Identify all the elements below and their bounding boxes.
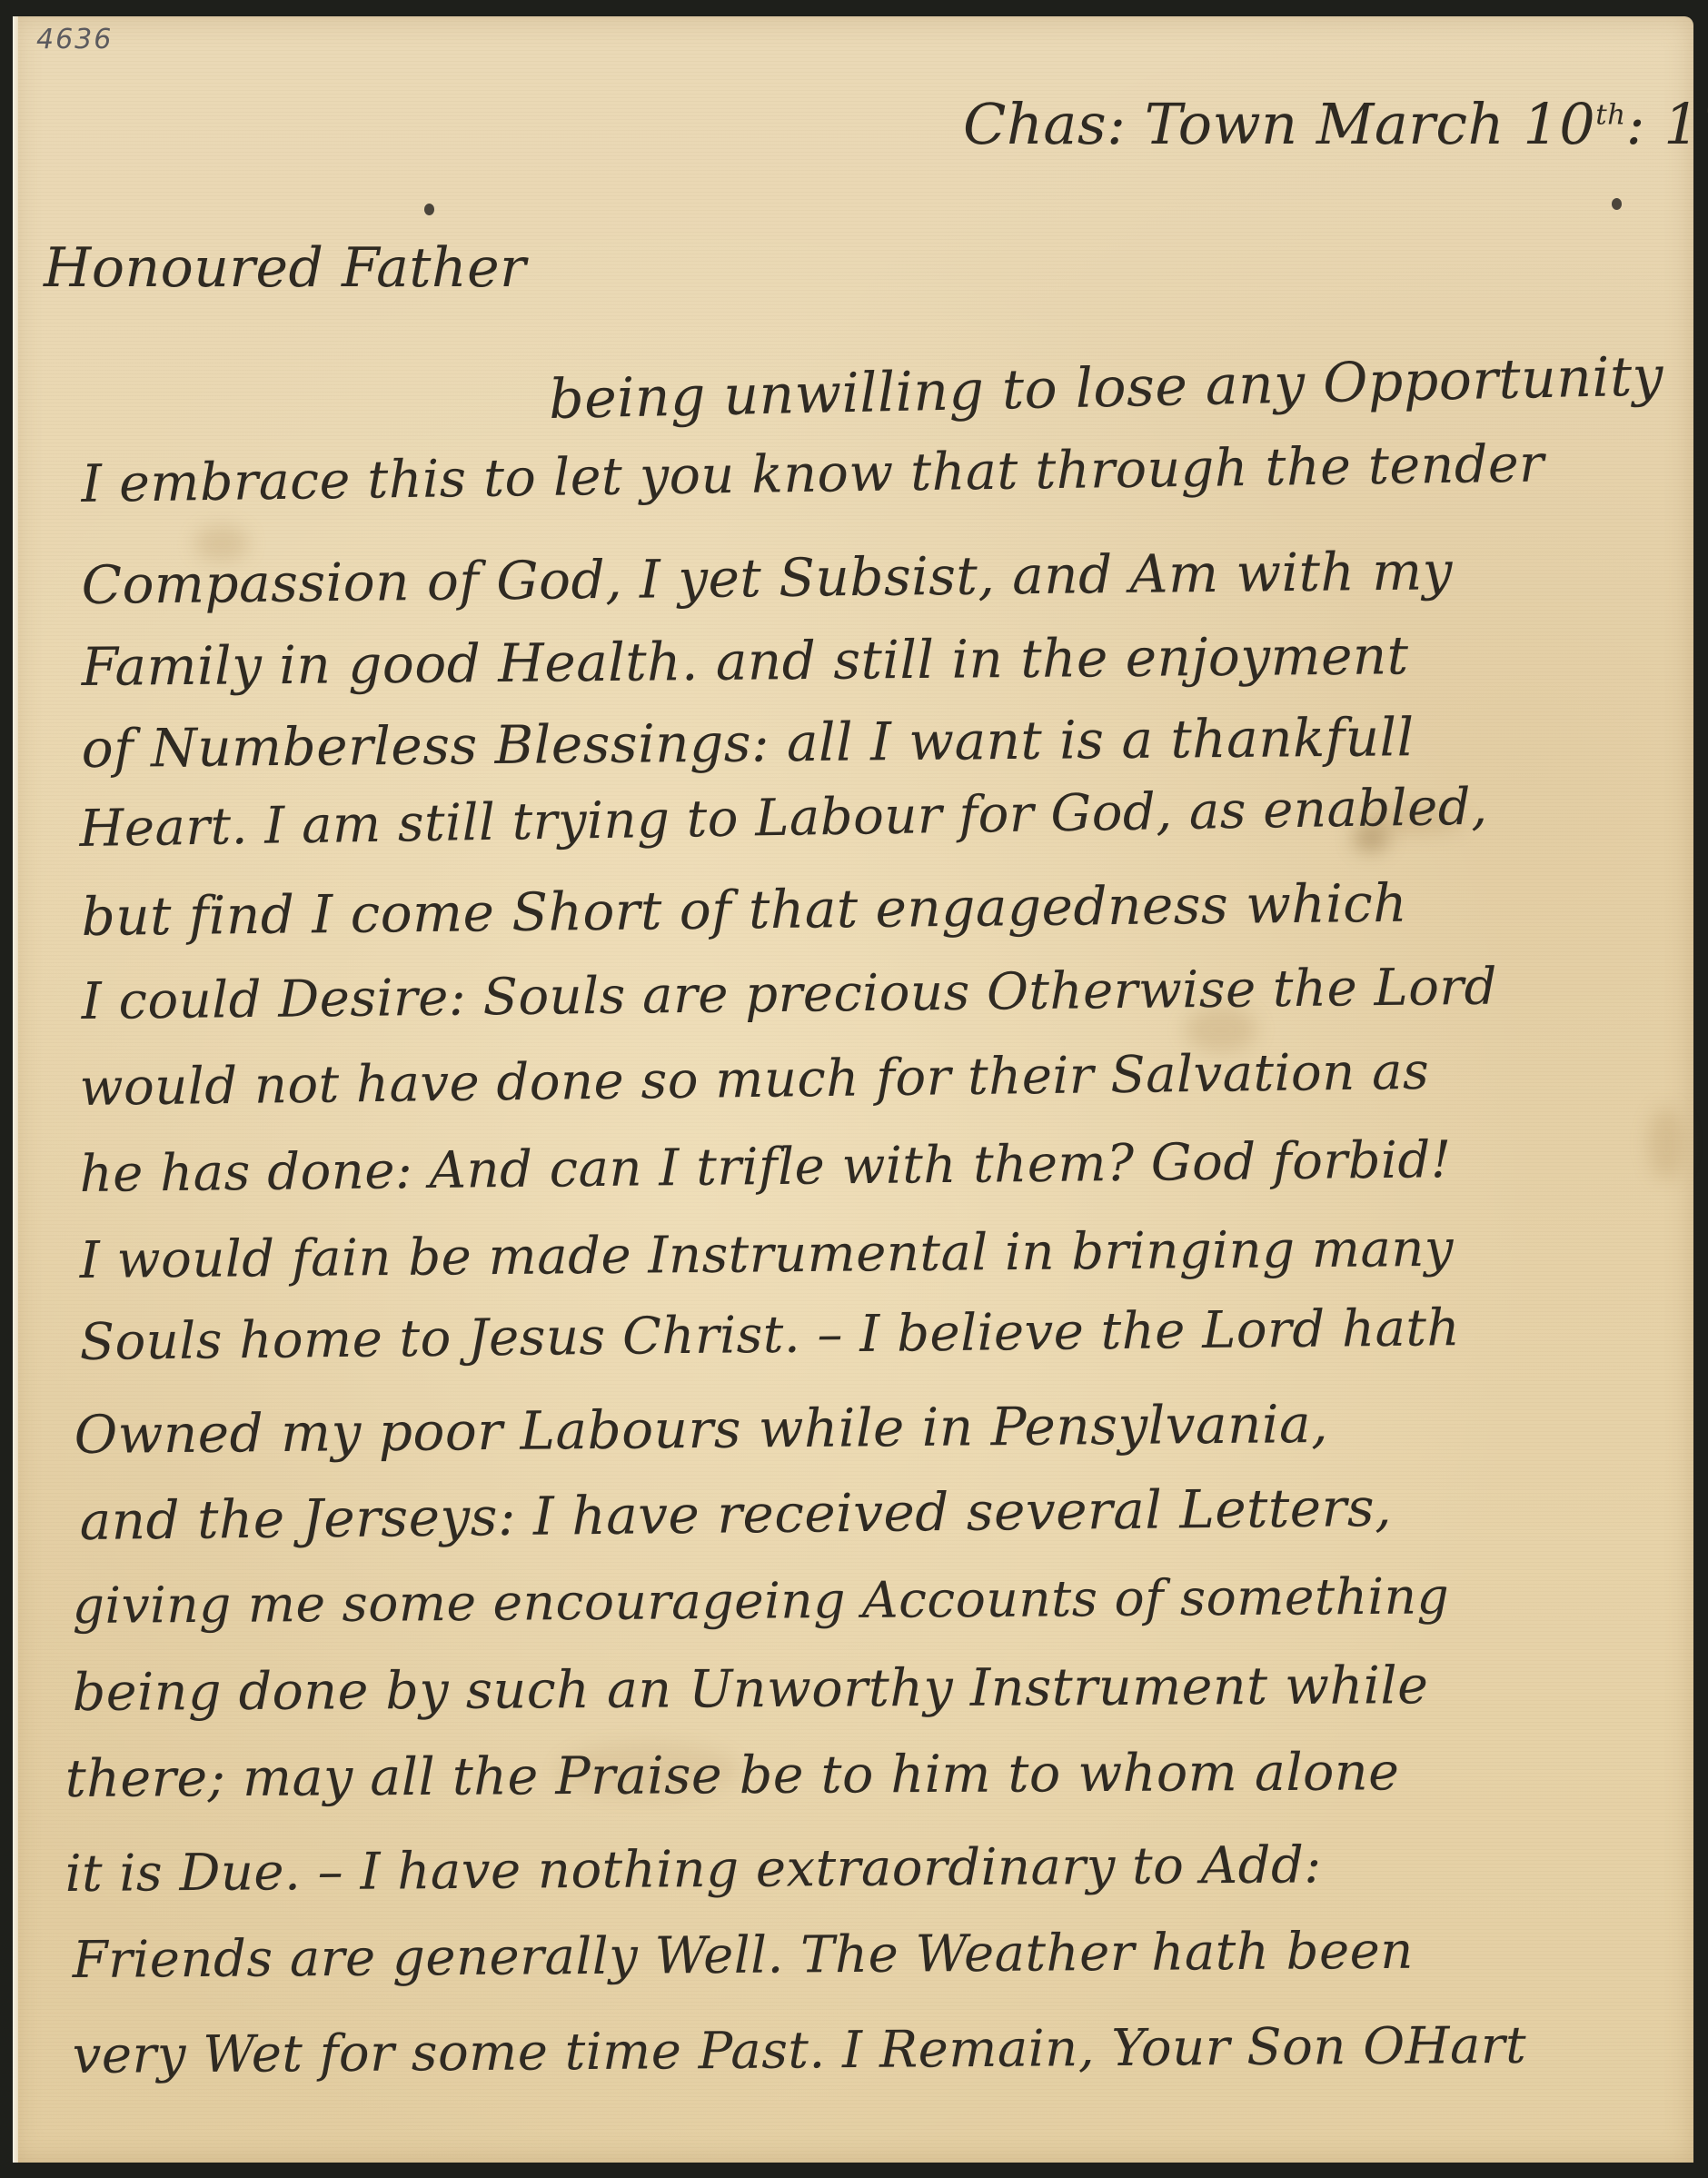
letter-line-15: giving me some encourageing Accounts of … [73,1566,1450,1635]
ink-dot [1612,198,1622,210]
letter-line-17: there; may all the Praise be to him to w… [65,1742,1400,1809]
day: 10 [1523,91,1595,157]
paper-edge [13,16,18,2163]
letter-line-11: I would fain be made Instrumental in bri… [79,1219,1454,1290]
letter-line-5: of Numberless Blessings: all I want is a… [81,706,1415,780]
date-separator: : [1626,91,1645,157]
stain [1648,1107,1684,1179]
letter-line-16: being done by such an Unworthy Instrumen… [73,1656,1429,1723]
year: 1757 [1663,91,1708,157]
place-date-line: Chas: Town March 10th: 1757 [963,91,1708,157]
letter-line-19: Friends are generally Well. The Weather … [73,1922,1414,1990]
ink-dot [424,204,434,215]
day-suffix: th [1595,98,1625,131]
salutation: Honoured Father [44,236,526,300]
archive-number: 4636 [36,24,113,55]
letter-line-4: Family in good Health. and still in the … [81,624,1408,698]
place: Chas: Town [963,91,1298,157]
letter-line-20-closing-signature: very Wet for some time Past. I Remain, Y… [73,2016,1527,2085]
scanned-letter: 4636 Chas: Town March 10th: 1757 Honoure… [0,0,1708,2178]
letter-line-18: it is Due. – I have nothing extraordinar… [65,1835,1322,1904]
letter-line-13: Owned my poor Labours while in Pensylvan… [74,1393,1328,1466]
month: March [1316,91,1504,157]
